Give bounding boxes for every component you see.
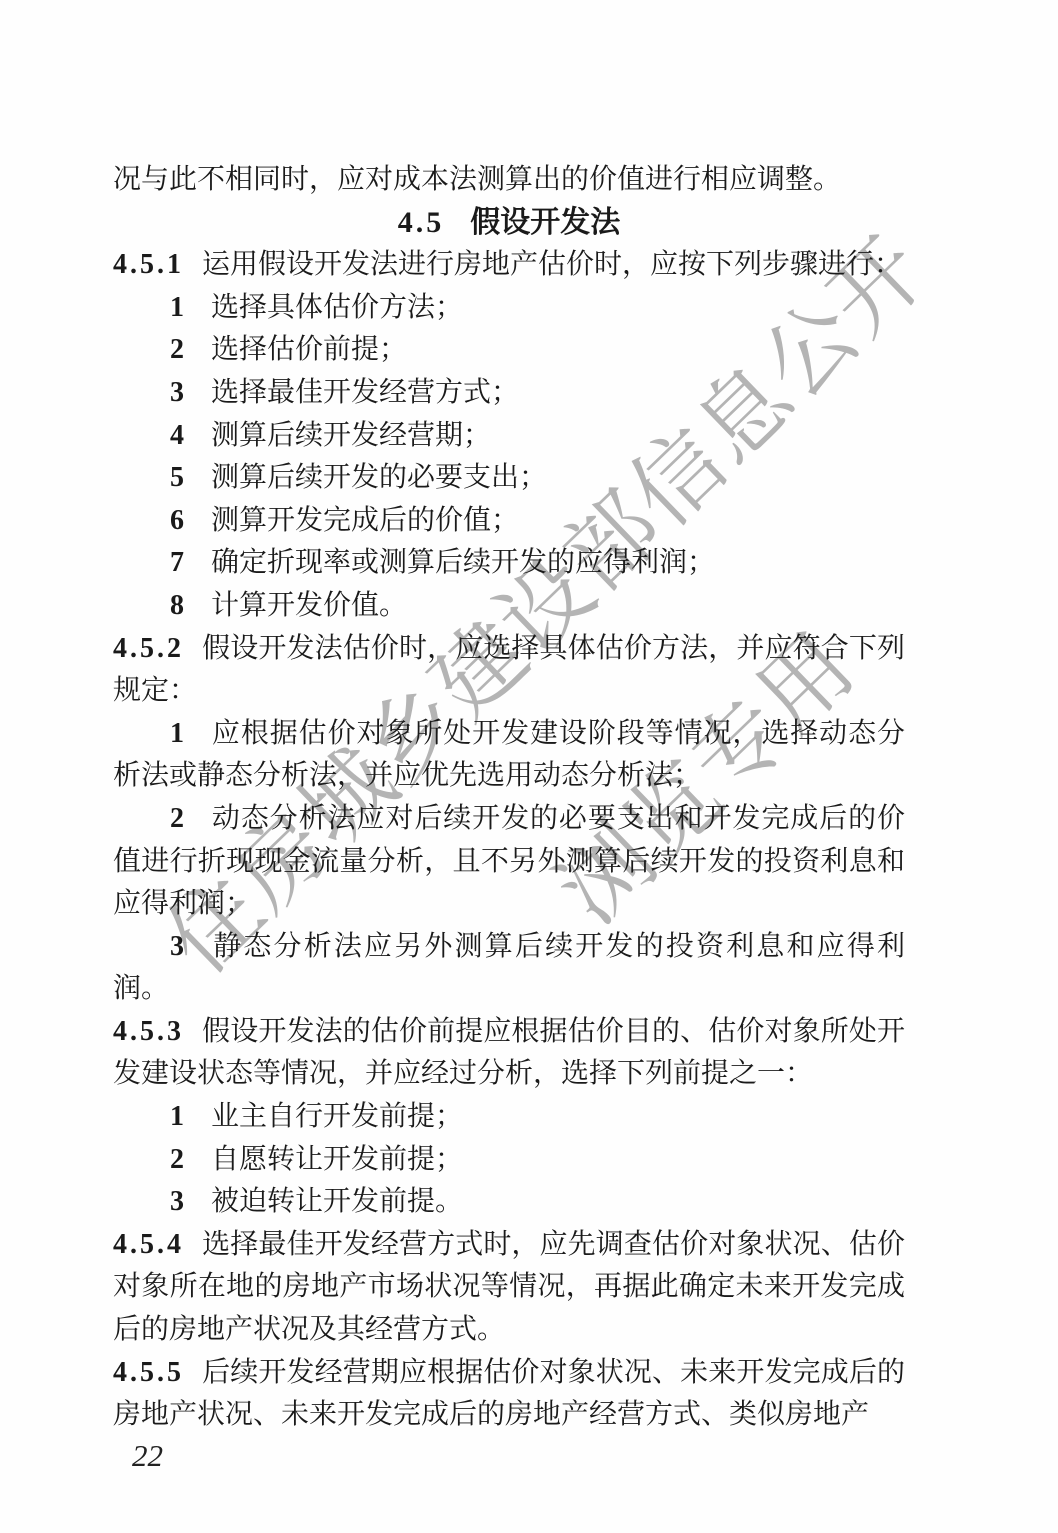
list-item: 1选择具体估价方法； — [113, 287, 905, 330]
page-content: 况与此不相同时，应对成本法测算出的价值进行相应调整。 4.5假设开发法 4.5.… — [113, 159, 905, 1437]
item-text: 测算开发完成后的价值； — [211, 505, 519, 536]
item-number: 5 — [170, 462, 184, 493]
item-number: 2 — [170, 803, 184, 834]
list-item: 6测算开发完成后的价值； — [113, 500, 905, 543]
section-paragraph: 4.5.2假设开发法估价时，应选择具体估价方法，并应符合下列规定： — [113, 628, 905, 713]
item-text: 测算后续开发的必要支出； — [211, 462, 547, 493]
section-number: 4.5.4 — [113, 1229, 184, 1260]
list-item: 2动态分析法应对后续开发的必要支出和开发完成后的价值进行折现现金流量分析，且不另… — [113, 798, 905, 926]
list-item: 1业主自行开发前提； — [113, 1096, 905, 1139]
section-number: 4.5.5 — [113, 1357, 184, 1388]
heading-title: 假设开发法 — [470, 206, 620, 239]
section-paragraph: 4.5.1运用假设开发法进行房地产估价时，应按下列步骤进行： — [113, 244, 905, 287]
item-number: 2 — [170, 1144, 184, 1175]
item-text: 被迫转让开发前提。 — [211, 1186, 463, 1217]
section-text: 后续开发经营期应根据估价对象状况、未来开发完成后的房地产状况、未来开发完成后的房… — [113, 1357, 905, 1431]
item-text: 选择最佳开发经营方式； — [211, 377, 519, 408]
heading-number: 4.5 — [398, 206, 445, 239]
item-text: 应根据估价对象所处开发建设阶段等情况，选择动态分析法或静态分析法，并应优先选用动… — [113, 718, 905, 792]
item-number: 1 — [170, 292, 184, 323]
section-paragraph: 4.5.5后续开发经营期应根据估价对象状况、未来开发完成后的房地产状况、未来开发… — [113, 1352, 905, 1437]
section-paragraph: 4.5.4选择最佳开发经营方式时，应先调查估价对象状况、估价对象所在地的房地产市… — [113, 1224, 905, 1352]
section-number: 4.5.3 — [113, 1016, 184, 1047]
item-number: 3 — [170, 931, 184, 962]
item-text: 测算后续开发经营期； — [211, 420, 491, 451]
list-item: 7确定折现率或测算后续开发的应得利润； — [113, 542, 905, 585]
item-number: 3 — [170, 377, 184, 408]
section-number: 4.5.1 — [113, 249, 184, 280]
item-number: 1 — [170, 718, 184, 749]
section-heading: 4.5假设开发法 — [113, 202, 905, 245]
section-number: 4.5.2 — [113, 633, 184, 664]
item-text: 静态分析法应另外测算后续开发的投资利息和应得利润。 — [113, 931, 905, 1005]
continuation-paragraph: 况与此不相同时，应对成本法测算出的价值进行相应调整。 — [113, 159, 905, 202]
list-item: 1应根据估价对象所处开发建设阶段等情况，选择动态分析法或静态分析法，并应优先选用… — [113, 713, 905, 798]
list-item: 3被迫转让开发前提。 — [113, 1181, 905, 1224]
item-text: 自愿转让开发前提； — [211, 1144, 463, 1175]
item-number: 1 — [170, 1101, 184, 1132]
section-paragraph: 4.5.3假设开发法的估价前提应根据估价目的、估价对象所处开发建设状态等情况，并… — [113, 1011, 905, 1096]
item-text: 业主自行开发前提； — [211, 1101, 463, 1132]
list-item: 2自愿转让开发前提； — [113, 1139, 905, 1182]
item-text: 选择具体估价方法； — [211, 292, 463, 323]
item-text: 计算开发价值。 — [211, 590, 407, 621]
item-number: 3 — [170, 1186, 184, 1217]
list-item: 8计算开发价值。 — [113, 585, 905, 628]
list-item: 3选择最佳开发经营方式； — [113, 372, 905, 415]
section-text: 选择最佳开发经营方式时，应先调查估价对象状况、估价对象所在地的房地产市场状况等情… — [113, 1229, 905, 1345]
item-text: 动态分析法应对后续开发的必要支出和开发完成后的价值进行折现现金流量分析，且不另外… — [113, 803, 905, 919]
item-number: 4 — [170, 420, 184, 451]
item-number: 7 — [170, 547, 184, 578]
list-item: 2选择估价前提； — [113, 329, 905, 372]
section-text: 假设开发法估价时，应选择具体估价方法，并应符合下列规定： — [113, 633, 905, 707]
item-number: 6 — [170, 505, 184, 536]
list-item: 4测算后续开发经营期； — [113, 415, 905, 458]
item-number: 2 — [170, 334, 184, 365]
section-text: 假设开发法的估价前提应根据估价目的、估价对象所处开发建设状态等情况，并应经过分析… — [113, 1016, 905, 1090]
item-text: 确定折现率或测算后续开发的应得利润； — [211, 547, 715, 578]
item-number: 8 — [170, 590, 184, 621]
list-item: 3静态分析法应另外测算后续开发的投资利息和应得利润。 — [113, 926, 905, 1011]
list-item: 5测算后续开发的必要支出； — [113, 457, 905, 500]
item-text: 选择估价前提； — [211, 334, 407, 365]
section-text: 运用假设开发法进行房地产估价时，应按下列步骤进行： — [202, 249, 902, 280]
page-number: 22 — [132, 1438, 163, 1474]
